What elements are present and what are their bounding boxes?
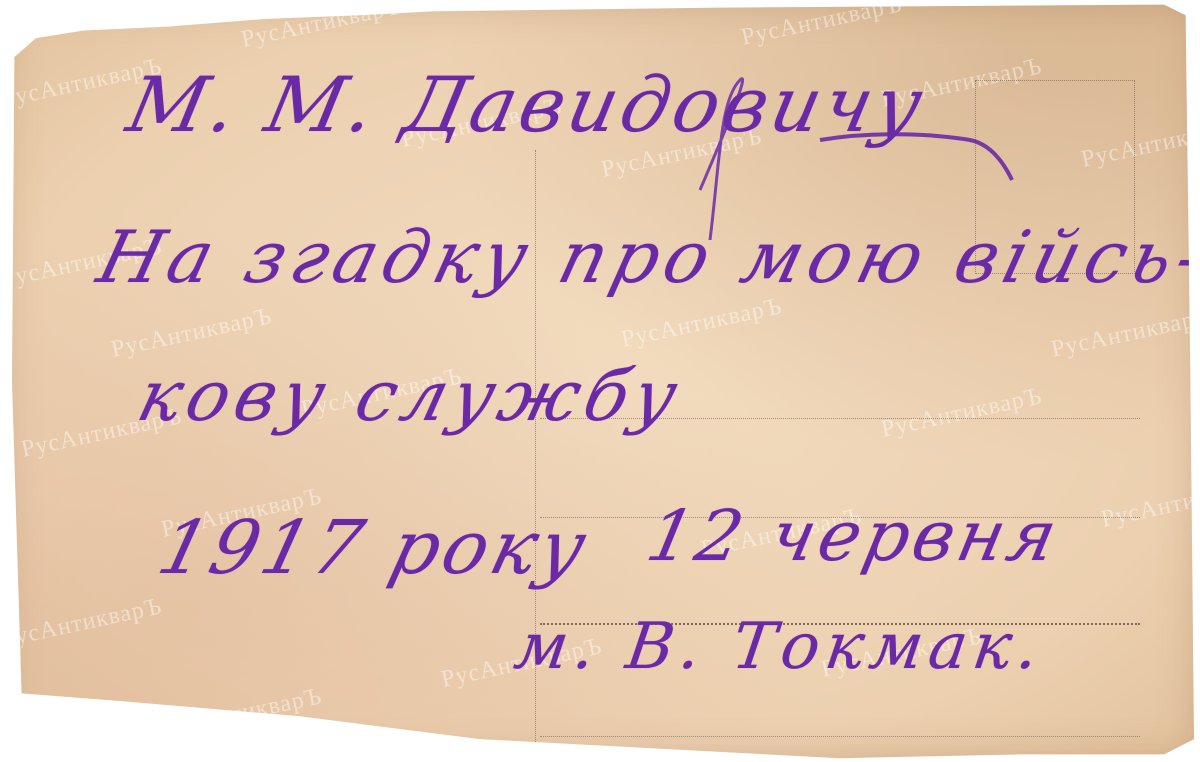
date-year: 1917 року xyxy=(150,505,598,591)
message-line-1: На згадку про мою вiйсь- xyxy=(90,215,1200,299)
addressee-line: М. М. Давидовичу xyxy=(120,60,934,149)
watermark: РусАнтикварЪ xyxy=(1049,303,1200,363)
watermark: РусАнтикварЪ xyxy=(1099,473,1200,533)
watermark: РусАнтикварЪ xyxy=(239,0,405,54)
watermark: РусАнтикварЪ xyxy=(619,293,785,353)
watermark: РусАнтикварЪ xyxy=(0,593,165,653)
date-day: 12 червня xyxy=(640,495,1068,577)
place-line: м. В. Токмак. xyxy=(510,610,1049,684)
watermark: РусАнтикварЪ xyxy=(879,383,1045,443)
message-line-2: кову службу xyxy=(130,355,691,437)
watermark: РусАнтикварЪ xyxy=(739,0,905,52)
postcard: РусАнтикварЪ РусАнтикварЪ РусАнтикварЪ Р… xyxy=(0,0,1200,762)
watermark: РусАнтикварЪ xyxy=(159,683,325,743)
address-line xyxy=(540,736,1140,737)
